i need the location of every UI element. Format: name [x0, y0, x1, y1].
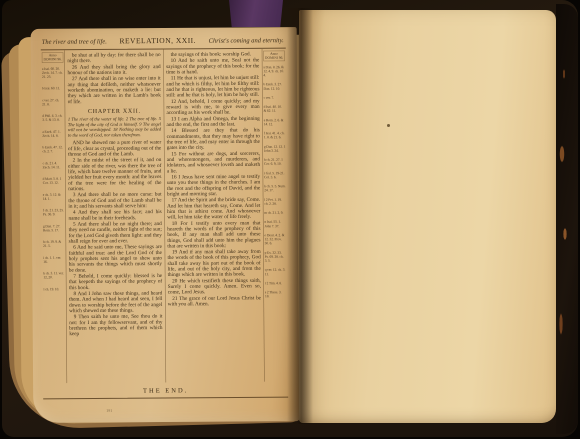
header-right-caption: Christ's coming and eternity. — [209, 36, 284, 45]
margin-reference: b Ezek. 47. 12. ch. 2. 7. — [42, 145, 64, 153]
the-end-label: THE END. — [43, 382, 288, 399]
margin-reference: d Matt. 5. 8. 1 Cor. 13. 12. — [43, 177, 65, 185]
margin-reference: c ch. 21. 4. Zech. 14. 11. — [43, 161, 65, 169]
verse-paragraph: 26 And they shall bring the glory and ho… — [67, 64, 160, 76]
columns: Anno DOMINI 96. a Isai. 60. 20. Zech. 14… — [41, 49, 288, 384]
verse-paragraph: 15 For without are dogs, and sorcerers, … — [167, 151, 260, 174]
margin-reference: r 2 Tim. 4. 8. — [265, 281, 287, 285]
margin-reference: s 2 Thess. 3. 18. — [265, 290, 287, 298]
verse-paragraph: 3 And there shall be no more curse: but … — [68, 192, 161, 210]
verse-paragraph: 4 And they shall see his face; and his n… — [68, 209, 161, 221]
verse-paragraph: 12 And, behold, I come quickly; and my r… — [166, 98, 259, 116]
margin-reference: h ch. 21. 27. 1 Cor. 6. 9, 10. — [264, 158, 286, 166]
verse-paragraph: 21 The grace of our Lord Jesus Christ be… — [168, 295, 261, 307]
margin-reference: i ch. 1. 1. ver. 16. — [43, 255, 65, 263]
verse-paragraph: 2 In the midst of the street of it, and … — [68, 157, 161, 192]
margin-reference: d Phil. 4. 3. ch. 3. 5. & 13. 8. — [42, 114, 64, 122]
verse-paragraph: 27 And there shall in no wise enter into… — [68, 76, 161, 105]
margin-reference: f Isai. 41. 4. ch. 1. 8. & 21. 6. — [264, 131, 286, 139]
margin-reference: b Ezek. 3. 27. Dan. 12. 10. — [263, 82, 285, 90]
header-book-title: REVELATION, XXII. — [119, 37, 196, 46]
left-page: The river and tree of life. REVELATION, … — [31, 27, 300, 423]
margin-reference: n Isai. 55. 1. John 7. 37. — [264, 220, 286, 228]
verse-list: the sayings of this book: worship God.10… — [166, 51, 261, 307]
paper-speck — [387, 124, 390, 127]
verse-paragraph: 17 And the Spirit and the bride say, Com… — [167, 197, 260, 220]
continued-verse-list: be shut at all by day: for there shall b… — [67, 52, 161, 105]
verse-paragraph: 14 Blessed are they that do his commandm… — [167, 127, 260, 150]
text-frame: Anno DOMINI 96. a Isai. 60. 20. Zech. 14… — [41, 48, 288, 400]
margin-reference: o Deut. 4. 2. & 12. 32. Prov. 30. 6. — [265, 233, 287, 246]
margin-reference: g Dan. 12. 12. 1 John 3. 24. — [264, 144, 286, 152]
margin-reference: e Rom. 2. 6. & 14. 12. — [264, 118, 286, 126]
verse-paragraph: 11 He that is unjust, let him be unjust … — [166, 75, 259, 98]
text-column-2: the sayings of this book: worship God.10… — [164, 49, 265, 383]
margin-reference: p Ex. 32. 33. Ps. 69. 28. ch. 3. 5. — [265, 250, 287, 263]
margin-reference: q ver. 12. ch. 3. 11. — [265, 268, 287, 276]
margin-reference: f ch. 21. 23, 25. Ps. 36. 9. — [43, 208, 65, 216]
verse-paragraph: 13 I am Alpha and Omega, the beginning a… — [166, 116, 259, 128]
margin-reference: l 2 Pet. 1. 19. ch. 2. 28. — [264, 197, 286, 205]
margin-ref-list: a Isai. 60. 20. Zech. 14. 7. ch. 21. 25.… — [42, 66, 65, 291]
verse-paragraph: be shut at all by day: for there shall b… — [67, 52, 160, 64]
margin-reference: c ver. 7. — [264, 96, 286, 100]
printed-page-content: The river and tree of life. REVELATION, … — [31, 27, 300, 423]
verse-paragraph: 9 Then saith he unto me, See thou do it … — [69, 314, 162, 337]
margin-reference: i Gal. 5. 19-21. Col. 3. 6. — [264, 171, 286, 179]
margin-reference: l ch. 19. 10. — [43, 287, 65, 291]
margin-reference: e ch. 3. 12. & 14. 1. — [43, 192, 65, 200]
verse-paragraph: 6 And he said unto me, These sayings are… — [69, 244, 162, 273]
ribbon-bookmark — [229, 0, 283, 27]
page-number: 191 — [106, 408, 112, 413]
margin-references-left: Anno DOMINI 96. a Isai. 60. 20. Zech. 14… — [41, 50, 67, 383]
verse-paragraph: 19 And if any man shall take away from t… — [167, 249, 260, 278]
running-header: The river and tree of life. REVELATION, … — [42, 36, 284, 46]
verse-paragraph: 20 He which testifieth these things sait… — [168, 278, 261, 296]
margin-reference: d Isai. 40. 10. & 62. 11. — [264, 105, 286, 113]
margin-reference: c ver. 27. ch. 21. 8. — [42, 98, 64, 106]
margin-reference: b Isai. 60. 11. — [42, 86, 64, 90]
margin-reference: a Ezek. 47. 1. Zech. 14. 8. — [42, 129, 64, 137]
chapter-heading: CHAPTER XXII. — [68, 108, 161, 115]
margin-reference: k ch. 3. 11. ver. 12, 20. — [43, 271, 65, 279]
verse-paragraph: 10 And he saith unto me, Seal not the sa… — [166, 58, 259, 76]
anno-domini-label: Anno DOMINI 96. — [263, 51, 285, 61]
margin-reference: k ch. 5. 5. Num. 24. 17. — [264, 184, 286, 192]
margin-reference: a Isai. 60. 20. Zech. 14. 7. ch. 21. 25. — [42, 66, 64, 79]
margin-reference: m ch. 21. 2, 9. — [264, 211, 286, 215]
verse-list: AND he shewed me a pure river of water o… — [68, 140, 163, 337]
verse-paragraph: 7 Behold, I come quickly: blessed is he … — [69, 273, 162, 291]
verse-paragraph: 16 I Jesus have sent mine angel to testi… — [167, 174, 260, 197]
margin-reference: a Dan. 8. 26. & 12. 4, 9. ch. 10. 4. — [263, 65, 285, 78]
verse-paragraph: 5 And there shall be no night there; and… — [69, 221, 162, 244]
verse-paragraph: AND he shewed me a pure river of water o… — [68, 140, 161, 158]
anno-domini-label: Anno DOMINI 96. — [42, 52, 64, 62]
verse-paragraph: 8 And I John saw these things, and heard… — [69, 291, 162, 314]
margin-reference: g Dan. 7. 27. Rom. 5. 17. — [43, 224, 65, 232]
margin-references-right: Anno DOMINI 96. a Dan. 8. 26. & 12. 4, 9… — [262, 49, 288, 382]
right-blank-page — [299, 10, 556, 423]
verse-paragraph: 18 For I testify unto every man that hea… — [167, 220, 260, 249]
margin-reference: h ch. 19. 9. & 21. 5. — [43, 240, 65, 248]
text-column-1: be shut at all by day: for there shall b… — [65, 50, 166, 384]
header-left-caption: The river and tree of life. — [42, 37, 107, 45]
margin-ref-list: a Dan. 8. 26. & 12. 4, 9. ch. 10. 4.b Ez… — [263, 65, 286, 299]
chapter-summary: 1 The river of the water of life. 2 The … — [68, 116, 161, 138]
cover-right-edge — [556, 4, 578, 434]
